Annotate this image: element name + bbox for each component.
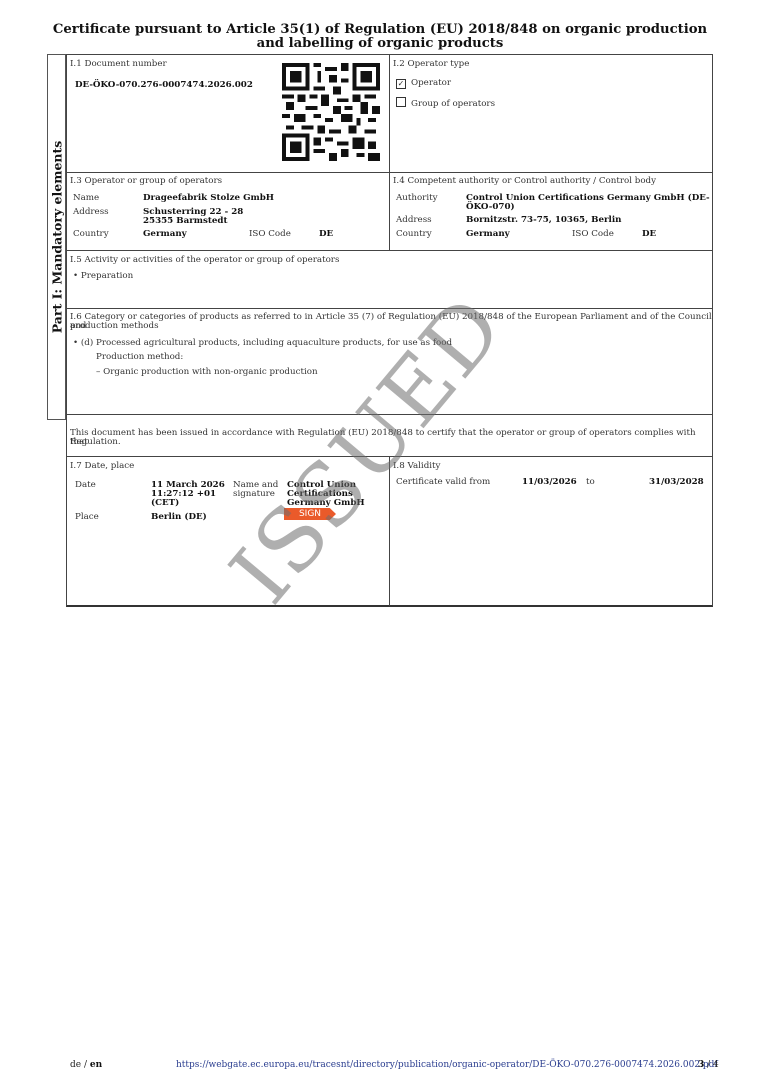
operator-type-operator[interactable]: ✓Operator	[396, 78, 451, 89]
valid-from-label: Certificate valid from	[396, 477, 490, 487]
signatory-line3: Germany GmbH	[287, 499, 365, 508]
operator-address-line2: 25355 Barmstedt	[143, 217, 228, 226]
country-label: Country	[73, 229, 109, 239]
date-label: Date	[75, 480, 96, 490]
document-url-link[interactable]: https://webgate.ec.europa.eu/tracesnt/di…	[176, 1060, 718, 1070]
country-label: Country	[396, 229, 432, 239]
authority-label: Authority	[396, 193, 438, 203]
activity-item: • Preparation	[73, 271, 133, 281]
valid-to-date: 31/03/2028	[649, 477, 704, 487]
sign-button[interactable]: SIGN	[284, 508, 336, 520]
page-separator: /	[704, 1060, 713, 1070]
lang-separator: /	[81, 1060, 90, 1070]
iso-label: ISO Code	[572, 229, 614, 239]
lang-de-link[interactable]: de	[70, 1060, 81, 1070]
lang-en-link[interactable]: en	[90, 1060, 102, 1070]
name-label: Name	[73, 193, 99, 203]
checkbox-checked-icon[interactable]: ✓	[396, 79, 406, 89]
authority-iso: DE	[642, 229, 656, 239]
i6-label-line1: I.6 Category or categories of products a…	[70, 313, 712, 331]
part-label: Part I: Mandatory elements	[49, 141, 64, 334]
page-indicator: 3 / 4	[698, 1060, 719, 1070]
valid-to-label: to	[586, 477, 595, 487]
certificate-title: Certificate pursuant to Article 35(1) of…	[40, 23, 720, 51]
statement-line2: Regulation.	[70, 438, 121, 447]
i4-label: I.4 Competent authority or Control autho…	[393, 176, 656, 186]
i3-label: I.3 Operator or group of operators	[70, 176, 222, 186]
operator-type-group[interactable]: Group of operators	[396, 97, 495, 109]
operator-iso: DE	[319, 229, 333, 239]
date-line3: (CET)	[151, 499, 179, 508]
document-number: DE-ÖKO-070.276-0007474.2026.002	[75, 80, 253, 90]
valid-from-date: 11/03/2026	[522, 477, 577, 487]
checkbox-unchecked-icon[interactable]	[396, 97, 406, 107]
authority-line2: ÖKO-070)	[466, 203, 515, 212]
language-switch: de / en	[70, 1060, 102, 1070]
section-i8: I.8 Validity Certificate valid from 11/0…	[389, 456, 713, 607]
compliance-statement: This document has been issued in accorda…	[66, 414, 713, 457]
section-i2: I.2 Operator type ✓Operator Group of ope…	[389, 54, 713, 173]
statement-line1: This document has been issued in accorda…	[70, 429, 712, 447]
side-panel: Part I: Mandatory elements	[47, 54, 66, 420]
place-value: Berlin (DE)	[151, 512, 207, 522]
authority-address: Bornitzstr. 73-75, 10365, Berlin	[466, 215, 621, 225]
product-category: • (d) Processed agricultural products, i…	[73, 338, 452, 348]
i1-label: I.1 Document number	[70, 59, 167, 69]
i5-label: I.5 Activity or activities of the operat…	[70, 255, 339, 265]
place-label: Place	[75, 512, 99, 522]
signature-label-line2: signature	[233, 490, 275, 499]
section-i6: I.6 Category or categories of products a…	[66, 308, 713, 415]
option-label: Operator	[411, 78, 451, 88]
i2-label: I.2 Operator type	[393, 59, 469, 69]
i7-label: I.7 Date, place	[70, 461, 134, 471]
section-i3: I.3 Operator or group of operators Name …	[66, 172, 390, 251]
qr-code-icon[interactable]	[282, 63, 380, 161]
option-label: Group of operators	[411, 99, 495, 109]
iso-label: ISO Code	[249, 229, 291, 239]
i8-label: I.8 Validity	[393, 461, 440, 471]
address-label: Address	[396, 215, 432, 225]
production-method: – Organic production with non-organic pr…	[96, 367, 318, 377]
address-label: Address	[73, 207, 109, 217]
page-total: 4	[713, 1060, 719, 1070]
i6-label-line2: production methods	[70, 322, 159, 331]
operator-name: Drageefabrik Stolze GmbH	[143, 193, 274, 203]
operator-country: Germany	[143, 229, 187, 239]
production-method-label: Production method:	[96, 352, 183, 362]
section-i5: I.5 Activity or activities of the operat…	[66, 250, 713, 309]
authority-country: Germany	[466, 229, 510, 239]
section-i7: I.7 Date, place Date 11 March 2026 11:27…	[66, 456, 390, 607]
section-i4: I.4 Competent authority or Control autho…	[389, 172, 713, 251]
